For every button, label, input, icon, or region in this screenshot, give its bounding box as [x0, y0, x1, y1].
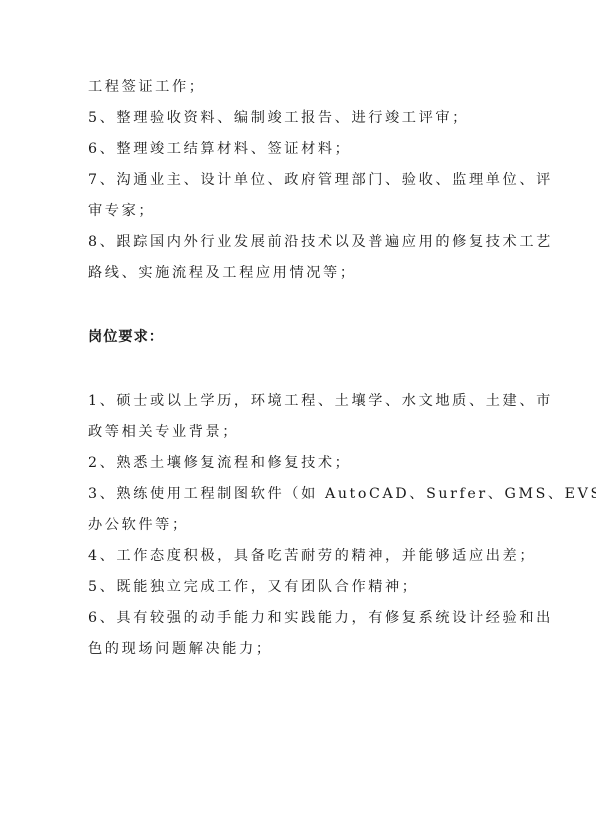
- duty-line: 6、整理竣工结算材料、签证材料；: [88, 139, 351, 159]
- requirement-line: 6、具有较强的动手能力和实践能力，有修复系统设计经验和出: [88, 608, 553, 628]
- duty-line: 7、沟通业主、设计单位、政府管理部门、验收、监理单位、评: [88, 170, 553, 190]
- requirement-line: 政等相关专业背景；: [88, 422, 239, 442]
- duty-line: 工程签证工作；: [88, 77, 206, 97]
- duty-line: 审专家；: [88, 201, 155, 221]
- requirement-line: 2、熟悉土壤修复流程和修复技术；: [88, 453, 351, 473]
- requirement-line: 色的现场问题解决能力；: [88, 639, 273, 659]
- requirement-line: 办公软件等；: [88, 515, 189, 535]
- requirement-line: 4、工作态度积极，具备吃苦耐劳的精神，并能够适应出差；: [88, 546, 536, 566]
- duty-line: 5、整理验收资料、编制竣工报告、进行竣工评审；: [88, 108, 469, 128]
- document-page: 工程签证工作； 5、整理验收资料、编制竣工报告、进行竣工评审； 6、整理竣工结算…: [0, 0, 596, 840]
- duty-line: 路线、实施流程及工程应用情况等；: [88, 263, 357, 283]
- duty-line: 8、跟踪国内外行业发展前沿技术以及普遍应用的修复技术工艺: [88, 232, 553, 252]
- requirement-line: 3、熟练使用工程制图软件（如 AutoCAD、Surfer、GMS、EVS；: [88, 484, 596, 504]
- requirement-line: 5、既能独立完成工作，又有团队合作精神；: [88, 577, 419, 597]
- requirements-heading: 岗位要求：: [88, 327, 164, 347]
- requirement-line: 1、硕士或以上学历，环境工程、土壤学、水文地质、土建、市: [88, 391, 553, 411]
